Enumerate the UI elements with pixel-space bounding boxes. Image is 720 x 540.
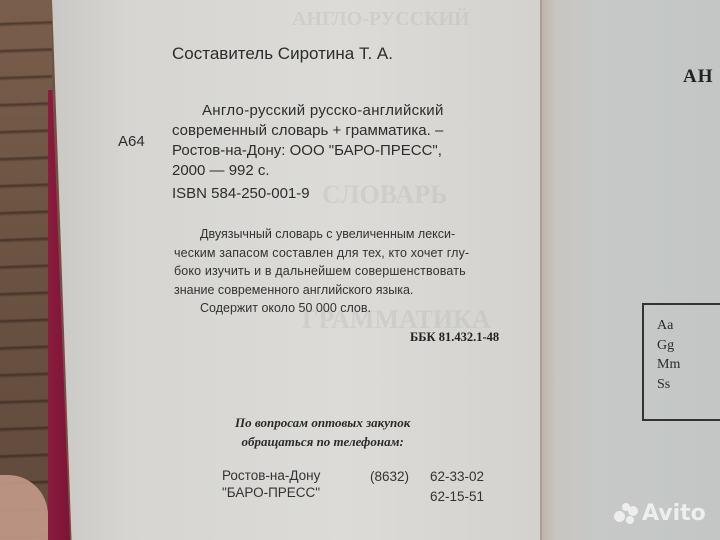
biblio-line: современный словарь + грамматика. – bbox=[172, 121, 444, 141]
biblio-line: 2000 — 992 с. bbox=[172, 161, 444, 181]
description-line: знание современного английского языка. bbox=[174, 281, 469, 300]
letter-box bbox=[642, 303, 720, 421]
wooden-table-background bbox=[0, 0, 52, 540]
word-count: Содержит около 50 000 слов. bbox=[174, 299, 469, 318]
description-line: боко изучить и в дальнейшем совершенство… bbox=[174, 262, 469, 281]
phone-number: 62-33-02 bbox=[430, 467, 484, 487]
contact-city: Ростов-на-Дону bbox=[222, 467, 320, 484]
phone-number: 62-15-51 bbox=[430, 487, 484, 507]
avito-brand: Avito bbox=[642, 501, 706, 526]
bibliographic-entry: Англо-русский русско-английский современ… bbox=[172, 101, 444, 204]
avito-watermark: Avito bbox=[614, 501, 706, 526]
letter-pair: Ss bbox=[657, 375, 680, 395]
publisher-contact: Ростов-на-Дону "БАРО-ПРЕСС" bbox=[222, 467, 320, 501]
description: Двуязычный словарь с увеличенным лекси- … bbox=[174, 225, 469, 318]
wholesale-line: По вопросам оптовых закупок bbox=[235, 413, 410, 432]
avito-logo-icon bbox=[614, 503, 638, 525]
letter-pair: Mm bbox=[657, 355, 680, 375]
description-line: ческим запасом составлен для тех, кто хо… bbox=[174, 244, 469, 263]
right-page-title-fragment: АН bbox=[683, 66, 714, 88]
contact-company: "БАРО-ПРЕСС" bbox=[222, 484, 320, 501]
wholesale-line: обращаться по телефонам: bbox=[235, 432, 410, 451]
classification-code: А64 bbox=[118, 133, 145, 150]
isbn: ISBN 584-250-001-9 bbox=[172, 184, 444, 204]
description-line: Двуязычный словарь с увеличенным лекси- bbox=[174, 225, 469, 244]
bbk-code: ББК 81.432.1-48 bbox=[410, 330, 499, 345]
compiler-line: Составитель Сиротина Т. А. bbox=[172, 44, 393, 64]
letter-box-content: Aa Gg Mm Ss bbox=[657, 316, 680, 394]
letter-pair: Gg bbox=[657, 336, 680, 356]
show-through-text: АНГЛО-РУССКИЙ bbox=[292, 8, 470, 31]
area-code: (8632) bbox=[370, 467, 420, 487]
biblio-line: Ростов-на-Дону: ООО "БАРО-ПРЕСС", bbox=[172, 141, 444, 161]
biblio-line: Англо-русский русско-английский bbox=[172, 101, 444, 121]
wholesale-notice: По вопросам оптовых закупок обращаться п… bbox=[235, 413, 410, 451]
phone-numbers: (8632) 62-33-02 62-15-51 bbox=[370, 467, 484, 507]
letter-pair: Aa bbox=[657, 316, 680, 336]
